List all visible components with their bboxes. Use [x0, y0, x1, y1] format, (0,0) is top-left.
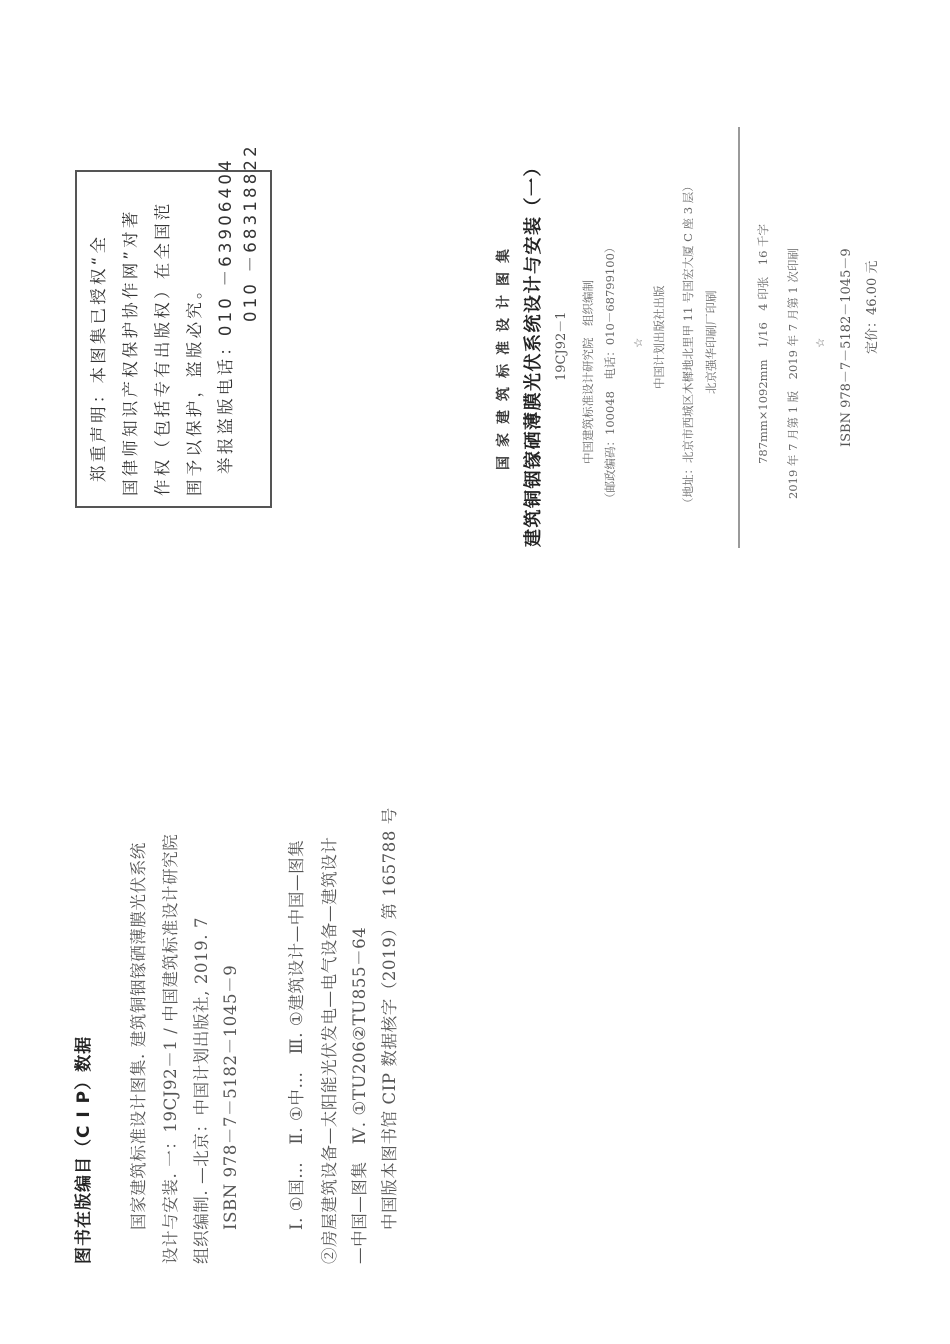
notice-line-1: 郑重声明：本图集已授权“全 — [91, 234, 108, 482]
vertical-divider-rule — [738, 127, 740, 548]
publisher-line: 中国计划出版社出版 — [654, 286, 666, 390]
notice-line-2: 国律师知识产权保护协作网”对著 — [123, 208, 140, 496]
cip-line-2: 设计与安装. 一：19CJ92－1 / 中国建筑标准设计研究院 — [163, 834, 180, 1264]
price-line: 定价：46.00 元 — [866, 261, 879, 354]
cip-line-1: 国家建筑标准设计图集. 建筑铜铟镓硒薄膜光伏系统 — [131, 842, 148, 1230]
star-divider-1: ☆ — [633, 338, 645, 348]
rotated-page: 郑重声明：本图集已授权“全 国律师知识产权保护协作网”对著 作权（包括专有出版权… — [0, 0, 950, 1344]
cip-classification-3: —中国—图集 Ⅳ. ①TU206②TU855－64 — [352, 927, 369, 1264]
notice-line-4: 围予以保护，盗版必究。 — [187, 279, 204, 496]
notice-line-5: 举报盗版电话：010 －63906404 — [218, 157, 235, 474]
isbn-line: ISBN 978－7－5182－1045－9 — [840, 248, 853, 447]
cip-line-3: 组织编制. —北京：中国计划出版社, 2019. 7 — [194, 917, 211, 1264]
notice-line-6: 010 －68318822 — [243, 143, 260, 322]
cip-classification-2: ②房屋建筑设备—太阳能光伏发电—电气设备—建筑设计 — [322, 837, 339, 1265]
address-line: （地址：北京市西城区木樨地北里甲 11 号国宏大厦 C 座 3 层） — [683, 180, 695, 509]
standard-code: 19CJ92－1 — [555, 311, 568, 381]
printer-line: 北京强华印刷厂印刷 — [706, 291, 718, 395]
contact-line: （邮政编码：100048 电话：010－68799100） — [605, 242, 617, 504]
format-line: 787mm×1092mm 1/16 4 印张 16 千字 — [758, 224, 770, 464]
main-title: 建筑铜铟镓硒薄膜光伏系统设计与安装（一） — [525, 157, 543, 547]
cip-title: 图书在版编目（C I P）数据 — [76, 1036, 93, 1264]
cip-isbn-line: ISBN 978－7－5182－1045－9 — [223, 965, 240, 1230]
star-divider-2: ☆ — [815, 338, 827, 348]
cip-classification-1: Ⅰ. ①国… Ⅱ. ①中… Ⅲ. ①建筑设计—中国—图集 — [289, 840, 306, 1230]
notice-line-3: 作权（包括专有出版权）在全国范 — [155, 201, 172, 497]
series-title: 国家建筑标准设计图集 — [497, 240, 511, 470]
cip-record-number: 中国版本图书馆 CIP 数据核字（2019）第 165788 号 — [382, 807, 399, 1230]
edition-line: 2019 年 7 月第 1 版 2019 年 7 月第 1 次印刷 — [788, 248, 800, 499]
editor-line: 中国建筑标准设计研究院 组织编制 — [583, 280, 595, 464]
